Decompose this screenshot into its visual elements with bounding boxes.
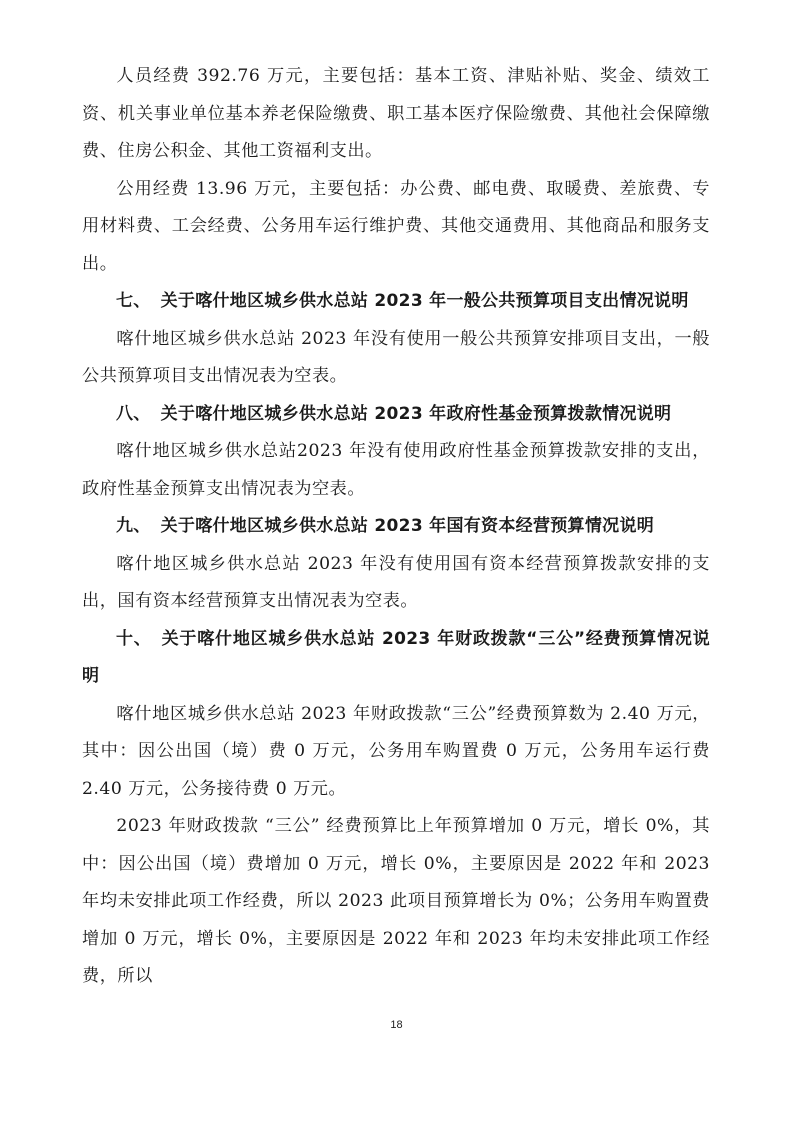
section-title: 关于喀什地区城乡供水总站 2023 年财政拨款“三公”经费预算情况说明	[82, 629, 710, 687]
section-10-body-budget: 喀什地区城乡供水总站 2023 年财政拨款“三公”经费预算数为 2.40 万元，…	[82, 696, 710, 809]
section-heading-8: 八、关于喀什地区城乡供水总站 2023 年政府性基金预算拨款情况说明	[82, 396, 710, 434]
page-number: 18	[0, 1019, 793, 1031]
section-heading-7: 七、关于喀什地区城乡供水总站 2023 年一般公共预算项目支出情况说明	[82, 283, 710, 321]
section-number: 七、	[116, 291, 151, 311]
section-9-body: 喀什地区城乡供水总站 2023 年没有使用国有资本经营预算拨款安排的支出，国有资…	[82, 546, 710, 621]
paragraph-public-expenses: 公用经费 13.96 万元，主要包括：办公费、邮电费、取暖费、差旅费、专用材料费…	[82, 171, 710, 284]
section-number: 八、	[116, 404, 151, 424]
section-title: 关于喀什地区城乡供水总站 2023 年一般公共预算项目支出情况说明	[161, 291, 689, 311]
section-title: 关于喀什地区城乡供水总站 2023 年国有资本经营预算情况说明	[161, 516, 654, 536]
section-heading-10: 十、关于喀什地区城乡供水总站 2023 年财政拨款“三公”经费预算情况说明	[82, 621, 710, 696]
section-number: 九、	[116, 516, 151, 536]
section-heading-9: 九、关于喀什地区城乡供水总站 2023 年国有资本经营预算情况说明	[82, 508, 710, 546]
paragraph-personnel-expenses: 人员经费 392.76 万元，主要包括：基本工资、津贴补贴、奖金、绩效工资、机关…	[82, 58, 710, 171]
document-body: 人员经费 392.76 万元，主要包括：基本工资、津贴补贴、奖金、绩效工资、机关…	[82, 58, 710, 996]
section-number: 十、	[116, 629, 152, 649]
section-7-body: 喀什地区城乡供水总站 2023 年没有使用一般公共预算安排项目支出，一般公共预算…	[82, 321, 710, 396]
section-10-body-comparison: 2023 年财政拨款 “三公” 经费预算比上年预算增加 0 万元，增长 0%，其…	[82, 808, 710, 996]
section-title: 关于喀什地区城乡供水总站 2023 年政府性基金预算拨款情况说明	[161, 404, 672, 424]
section-8-body: 喀什地区城乡供水总站2023 年没有使用政府性基金预算拨款安排的支出，政府性基金…	[82, 433, 710, 508]
document-page: 人员经费 392.76 万元，主要包括：基本工资、津贴补贴、奖金、绩效工资、机关…	[0, 0, 793, 1122]
